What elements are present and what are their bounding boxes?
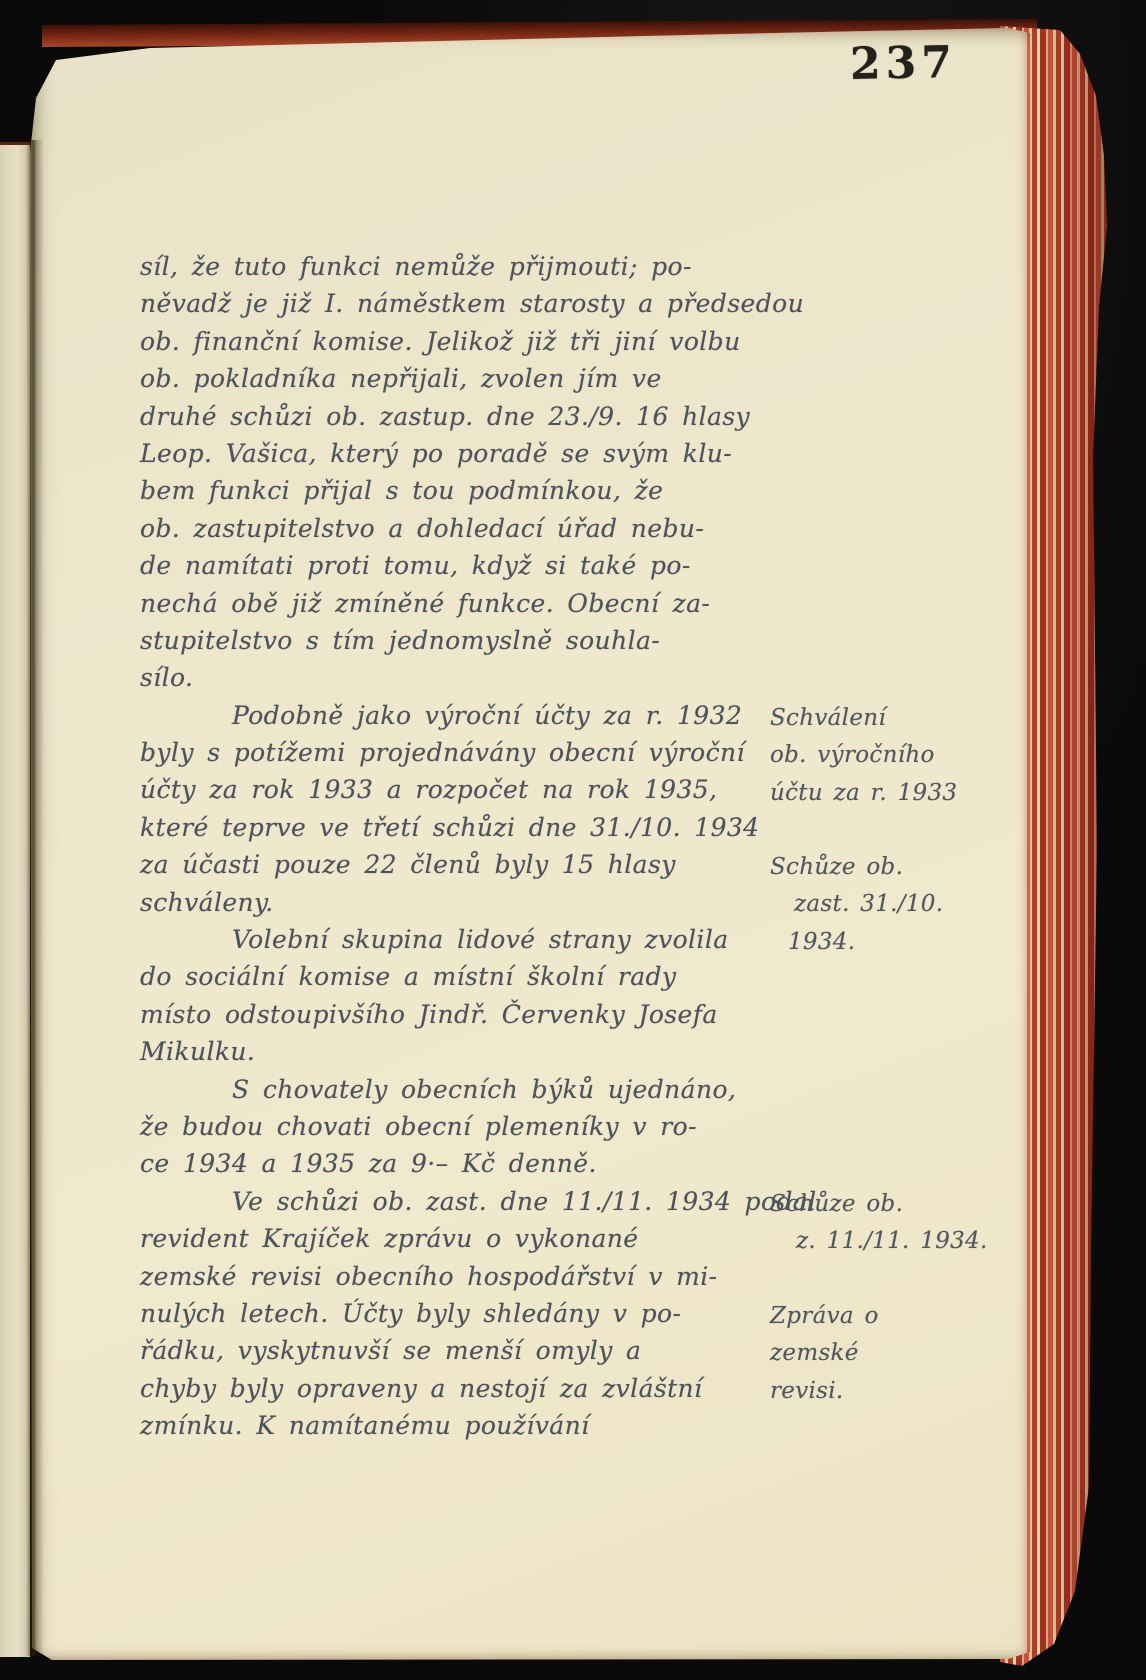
handwriting-block: síl, že tuto funkci nemůže přijmouti; po… (140, 248, 805, 1445)
handwritten-line: Volební skupina lidové strany zvolila (140, 921, 805, 958)
handwritten-line: Ve schůzi ob. zast. dne 11./11. 1934 pod… (140, 1183, 805, 1220)
handwritten-line: z. 11./11. 1934. (770, 1223, 1005, 1260)
handwritten-line: revident Krajíček zprávu o vykonané (140, 1220, 805, 1257)
handwritten-line: sílo. (140, 659, 805, 696)
handwritten-line: zmínku. K namítanému používání (140, 1407, 805, 1444)
page-number: 237 (850, 37, 958, 90)
handwritten-line: zast. 31./10. (770, 886, 1005, 923)
handwritten-line: ob. zastupitelstvo a dohledací úřad nebu… (140, 510, 805, 547)
handwritten-line: účty za rok 1933 a rozpočet na rok 1935, (140, 771, 805, 808)
handwritten-line: účtu za r. 1933 (770, 775, 1005, 812)
margin-note-meeting-31-10: Schůze ob.zast. 31./10.1934. (770, 849, 1005, 961)
handwritten-line: ob. finanční komise. Jelikož již tři jin… (140, 323, 805, 360)
handwritten-line: Mikulku. (140, 1033, 805, 1070)
handwritten-line: něvadž je již I. náměstkem starosty a př… (140, 285, 805, 322)
handwritten-line: schváleny. (140, 884, 805, 921)
scanned-book-page: 237 síl, že tuto funkci nemůže přijmouti… (0, 0, 1146, 1680)
handwritten-line: síl, že tuto funkci nemůže přijmouti; po… (140, 248, 805, 285)
handwritten-line: Podobně jako výroční účty za r. 1932 (140, 697, 805, 734)
handwritten-line: ob. výročního (770, 737, 1005, 774)
handwritten-line: které teprve ve třetí schůzi dne 31./10.… (140, 809, 805, 846)
handwritten-line: místo odstoupivšího Jindř. Červenky Jose… (140, 996, 805, 1033)
handwritten-line: de namítati proti tomu, když si také po- (140, 547, 805, 584)
handwritten-line: Schůze ob. (770, 849, 1005, 886)
margin-note-meeting-11-11: Schůze ob.z. 11./11. 1934. (770, 1186, 1005, 1261)
handwritten-line: druhé schůzi ob. zastup. dne 23./9. 16 h… (140, 398, 805, 435)
handwritten-line: nechá obě již zmíněné funkce. Obecní za- (140, 585, 805, 622)
handwritten-line: do sociální komise a místní školní rady (140, 958, 805, 995)
handwritten-line: řádku, vyskytnuvší se menší omyly a (140, 1332, 805, 1369)
handwritten-line: nulých letech. Účty byly shledány v po- (140, 1295, 805, 1332)
handwritten-line: stupitelstvo s tím jednomyslně souhla- (140, 622, 805, 659)
handwritten-line: ce 1934 a 1935 za 9·– Kč denně. (140, 1145, 805, 1182)
handwritten-line: zemské revisi obecního hospodářství v mi… (140, 1258, 805, 1295)
gutter-crease (26, 140, 44, 1656)
handwritten-line: 1934. (770, 924, 1005, 961)
handwritten-line: Zpráva o (770, 1298, 1005, 1335)
handwritten-line: za účasti pouze 22 členů byly 15 hlasy (140, 846, 805, 883)
handwritten-line: ob. pokladníka nepřijali, zvolen jím ve (140, 360, 805, 397)
handwritten-line: S chovately obecních býků ujednáno, (140, 1071, 805, 1108)
handwritten-line: Leop. Vašica, který po poradě se svým kl… (140, 435, 805, 472)
handwritten-line: byly s potížemi projednávány obecní výro… (140, 734, 805, 771)
margin-note-provincial-audit: Zpráva ozemskérevisi. (770, 1298, 1005, 1410)
handwritten-line: zemské (770, 1335, 1005, 1372)
handwritten-line: chyby byly opraveny a nestojí za zvláštn… (140, 1370, 805, 1407)
handwritten-line: bem funkci přijal s tou podmínkou, že (140, 472, 805, 509)
margin-note-annual-accounts: Schváleníob. výročníhoúčtu za r. 1933 (770, 700, 1005, 812)
handwritten-line: Schůze ob. (770, 1186, 1005, 1223)
handwritten-line: revisi. (770, 1373, 1005, 1410)
handwritten-line: Schválení (770, 700, 1005, 737)
handwritten-line: že budou chovati obecní plemeníky v ro- (140, 1108, 805, 1145)
